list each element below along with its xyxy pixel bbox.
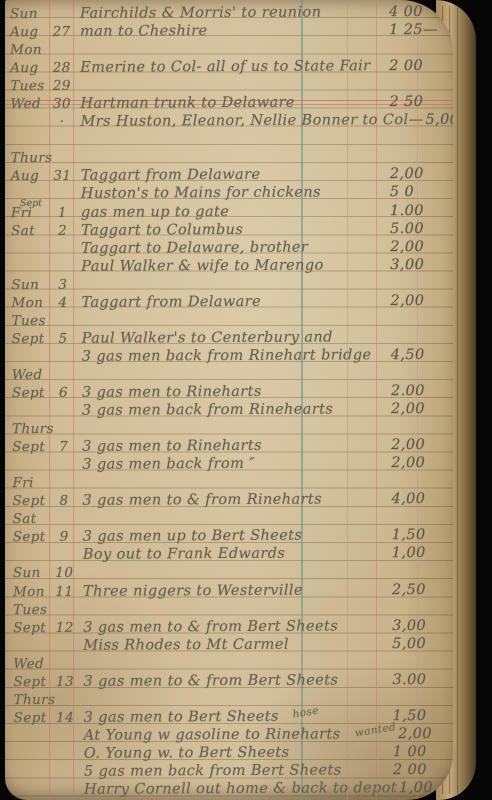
amount-value: 3,00 bbox=[388, 256, 452, 272]
ledger-row: 3 gas men back from Rinehart bridge4,50 bbox=[5, 347, 453, 367]
date-number: 31 bbox=[50, 168, 75, 184]
amount-value: 1 25— bbox=[387, 22, 451, 38]
ledger-row: Aug31Taggart from Delaware2,00 bbox=[5, 166, 452, 186]
ledger-row: Sept83 gas men to & from Rineharts4,00 bbox=[5, 491, 453, 511]
day-label: Sun bbox=[5, 277, 50, 293]
entry-description bbox=[76, 485, 389, 487]
day-label: Fri bbox=[5, 475, 51, 491]
day-label: Sat bbox=[6, 511, 52, 527]
entry-description bbox=[77, 521, 390, 523]
ledger-row: 5 gas men back from Bert Sheets2 00 bbox=[7, 762, 453, 782]
date-number: 6 bbox=[51, 385, 76, 401]
day-label: Sept bbox=[6, 674, 52, 690]
entry-description: Mrs Huston, Eleanor, Nellie Bonner to Co… bbox=[74, 112, 423, 130]
amount-value: 2 00 bbox=[391, 762, 453, 778]
day-label: Sept bbox=[6, 620, 52, 636]
ledger-row: At Young w gasoline to Rinehartswanted2,… bbox=[7, 726, 453, 746]
entry-description: 3 gas men to & from Rineharts bbox=[76, 491, 389, 509]
entry-description bbox=[75, 287, 388, 289]
entry-description bbox=[76, 431, 389, 433]
entry-description bbox=[78, 702, 391, 704]
amount-value: 1,50 bbox=[390, 527, 453, 543]
day-label: Sept bbox=[5, 439, 51, 455]
date-number: 4 bbox=[50, 295, 75, 311]
amount-value: 1,50 bbox=[391, 708, 453, 724]
entry-description: 3 gas men to Rineharts bbox=[76, 437, 389, 455]
ledger-row: Sept133 gas men to & from Bert Sheets3.0… bbox=[6, 672, 453, 692]
ledger-row: Mon bbox=[5, 40, 451, 60]
entry-description: Paul Walker's to Centerbury and bbox=[76, 329, 389, 347]
entry-description: Paul Walker & wife to Marengo bbox=[75, 257, 388, 275]
ledger-row: Tues29 bbox=[5, 76, 451, 96]
ledger-row: FriSept1gas men up to gate1.00 bbox=[5, 202, 452, 222]
date-number: · bbox=[49, 114, 74, 130]
ledger-row: SunFairchilds & Morris' to reunion4 00 bbox=[5, 4, 451, 24]
ledger-row: Sat bbox=[6, 509, 453, 529]
ledger-page: SunFairchilds & Morris' to reunion4 00Au… bbox=[5, 0, 453, 800]
ledger-row: Aug27man to Cheshire1 25— bbox=[5, 22, 451, 42]
day-label: Aug bbox=[5, 60, 49, 76]
amount-value: 1,00 bbox=[397, 780, 453, 796]
amount-value: 2,00 bbox=[389, 401, 453, 417]
ledger-row: Sept5Paul Walker's to Centerbury and bbox=[5, 329, 453, 349]
entry-description bbox=[77, 612, 390, 614]
amount-value: 3,00 bbox=[390, 617, 453, 633]
entry-description: Three niggers to Westerville bbox=[77, 582, 390, 600]
ledger-photo: SunFairchilds & Morris' to reunion4 00Au… bbox=[0, 0, 492, 800]
ledger-row: Harry Cornell out home & back to depot1,… bbox=[7, 780, 453, 800]
amount-value: 2,00 bbox=[396, 726, 453, 742]
ledger-row: 3 gas men back from ″2,00 bbox=[5, 455, 453, 475]
day-label: Tues bbox=[5, 78, 49, 94]
entry-description: 3 gas men to & from Bert Sheets bbox=[77, 618, 390, 636]
day-label: Mon bbox=[5, 295, 51, 311]
amount-value: 5,00 bbox=[423, 112, 453, 128]
date-number: 3 bbox=[50, 277, 75, 293]
entry-description: gas men up to gate bbox=[75, 203, 388, 221]
day-label: Wed bbox=[5, 96, 49, 112]
ledger-row: Taggart to Delaware, brother2,00 bbox=[5, 238, 452, 258]
entry-description: Boy out to Frank Edwards bbox=[77, 546, 390, 564]
entry-description: 3 gas men to Rineharts bbox=[76, 383, 389, 401]
amount-value: 5,00 bbox=[390, 635, 453, 651]
entry-description: 3 gas men to Bert Sheetshose bbox=[78, 708, 391, 726]
day-label: Sat bbox=[5, 222, 50, 238]
day-label: Sun bbox=[6, 565, 52, 581]
date-number: 2 bbox=[50, 222, 75, 238]
entry-description: 3 gas men to & from Bert Sheets bbox=[77, 672, 390, 690]
page-edge-line bbox=[457, 6, 458, 794]
amount-value: 2,00 bbox=[388, 166, 452, 182]
ledger-row: Sept93 gas men up to Bert Sheets1,50 bbox=[6, 527, 453, 547]
entry-description: Huston's to Mains for chickens bbox=[75, 185, 388, 203]
date-number: 5 bbox=[51, 331, 76, 347]
entry-description: 3 gas men back from Rinehearts bbox=[76, 401, 389, 419]
date-number: 27 bbox=[49, 24, 74, 40]
amount-value: 2.00 bbox=[389, 383, 453, 399]
ledger-row: Paul Walker & wife to Marengo3,00 bbox=[5, 256, 452, 276]
day-label: Sept bbox=[7, 710, 53, 726]
month-superscript: Sept bbox=[20, 197, 42, 208]
ledger-row: Fri bbox=[5, 473, 453, 493]
entry-description: Taggart to Delaware, brother bbox=[75, 239, 388, 257]
date-number: 8 bbox=[51, 493, 76, 509]
entry-description: Taggart from Delaware bbox=[75, 167, 388, 185]
entry-description: Emerine to Col- all of us to State Fair bbox=[74, 58, 387, 76]
ledger-row: Sept123 gas men to & from Bert Sheets3,0… bbox=[6, 617, 453, 637]
entry-description: 3 gas men back from ″ bbox=[76, 455, 389, 473]
day-label: Mon bbox=[5, 42, 49, 58]
amount-value: 1,00 bbox=[390, 545, 453, 561]
date-number: 1 bbox=[50, 204, 75, 220]
ledger-row: Wed bbox=[6, 654, 453, 674]
date-number: 13 bbox=[52, 674, 77, 690]
date-number: 7 bbox=[51, 439, 76, 455]
date-number: 28 bbox=[49, 60, 74, 76]
day-label: Thurs bbox=[7, 692, 53, 708]
day-label: Tues bbox=[6, 601, 52, 617]
ledger-row: Miss Rhodes to Mt Carmel5,00 bbox=[6, 635, 453, 655]
ledger-row: Huston's to Mains for chickens5 0 bbox=[5, 184, 452, 204]
day-label: Sept bbox=[5, 493, 51, 509]
entry-description bbox=[75, 161, 388, 163]
day-label: Tues bbox=[5, 313, 51, 329]
ledger-row: Sun3 bbox=[5, 275, 452, 295]
ledger-row: Tues bbox=[6, 599, 453, 619]
day-label: Wed bbox=[5, 367, 51, 383]
day-label: Sept bbox=[6, 529, 52, 545]
entry-description: 5 gas men back from Bert Sheets bbox=[78, 762, 391, 780]
ledger-row: Mon4Taggart from Delaware2,00 bbox=[5, 293, 453, 313]
entry-description: Fairchilds & Morris' to reunion bbox=[74, 4, 387, 22]
ledger-row: Sept63 gas men to Rineharts2.00 bbox=[5, 383, 453, 403]
day-label: Wed bbox=[6, 656, 52, 672]
date-number: 10 bbox=[52, 565, 77, 581]
amount-value: 3.00 bbox=[390, 672, 453, 688]
amount-value: 5.00 bbox=[388, 220, 452, 236]
day-label: Thurs bbox=[5, 150, 50, 166]
entry-description bbox=[76, 323, 389, 325]
entry-description bbox=[74, 88, 387, 90]
date-number: 12 bbox=[52, 619, 77, 635]
amount-value: 2,00 bbox=[389, 455, 453, 471]
amount-value: 2,50 bbox=[390, 581, 453, 597]
date-number: 9 bbox=[52, 529, 77, 545]
ledger-row: Mon11Three niggers to Westerville2,50 bbox=[6, 581, 453, 601]
amount-value: 4,00 bbox=[389, 491, 453, 507]
entry-description bbox=[77, 666, 390, 668]
amount-value: 2,00 bbox=[388, 238, 452, 254]
day-label: Mon bbox=[6, 583, 52, 599]
day-label: Aug bbox=[5, 24, 49, 40]
amount-value: 1.00 bbox=[388, 202, 452, 218]
ledger-row: ·Mrs Huston, Eleanor, Nellie Bonner to C… bbox=[5, 112, 452, 132]
date-number: 11 bbox=[52, 583, 77, 599]
ledger-row bbox=[5, 130, 452, 150]
entry-description: 3 gas men up to Bert Sheets bbox=[77, 528, 390, 546]
ledger-row: Thurs bbox=[5, 419, 453, 439]
ledger-row: Tues bbox=[5, 311, 453, 331]
amount-value: 5 0 bbox=[388, 184, 452, 200]
entry-description bbox=[76, 377, 389, 379]
ledger-row: 3 gas men back from Rinehearts2,00 bbox=[5, 401, 453, 421]
entry-description: Taggart from Delaware bbox=[75, 293, 388, 311]
entry-description: At Young w gasoline to Rinehartswanted bbox=[78, 726, 396, 744]
entry-description: O. Young w. to Bert Sheets bbox=[78, 744, 391, 762]
ledger-row: Sept73 gas men to Rineharts2,00 bbox=[5, 437, 453, 457]
amount-value: 2,00 bbox=[389, 437, 453, 453]
entry-description bbox=[74, 52, 387, 54]
amount-value: 2,00 bbox=[388, 293, 452, 309]
ledger-row: Sun10 bbox=[6, 563, 453, 583]
ledger-row: Aug28Emerine to Col- all of us to State … bbox=[5, 58, 451, 78]
entry-description: Hartman trunk to Delaware bbox=[74, 94, 387, 112]
day-label: FriSept bbox=[5, 204, 50, 220]
day-label: Sun bbox=[5, 6, 49, 22]
day-label: Thurs bbox=[5, 421, 51, 437]
day-label: Aug bbox=[5, 168, 50, 184]
ledger-row: O. Young w. to Bert Sheets1 00 bbox=[7, 744, 453, 764]
entry-description: man to Cheshire bbox=[74, 22, 387, 40]
entry-description bbox=[77, 576, 390, 578]
ledger-row: Thurs bbox=[7, 690, 453, 710]
amount-value: 4,50 bbox=[389, 347, 453, 363]
entry-description: 3 gas men back from Rinehart bridge bbox=[76, 347, 389, 365]
date-number: 29 bbox=[49, 78, 74, 94]
ledger-row: Wed bbox=[5, 365, 453, 385]
amount-value: 2 00 bbox=[387, 58, 451, 74]
date-number: 30 bbox=[49, 96, 74, 112]
date-number: 14 bbox=[53, 710, 78, 726]
ledger-rows: SunFairchilds & Morris' to reunion4 00Au… bbox=[5, 4, 453, 800]
ledger-row: Sat2Taggart to Columbus5.00 bbox=[5, 220, 452, 240]
day-label: Sept bbox=[5, 385, 51, 401]
amount-value: 2 50 bbox=[387, 94, 451, 110]
day-label: Sept bbox=[5, 331, 51, 347]
ledger-row: Boy out to Frank Edwards1,00 bbox=[6, 545, 453, 565]
amount-value: 1 00 bbox=[391, 744, 453, 760]
entry-description: Miss Rhodes to Mt Carmel bbox=[77, 636, 390, 654]
ledger-row: Thurs bbox=[5, 148, 452, 168]
amount-value: 4 00 bbox=[387, 4, 451, 20]
entry-description: Harry Cornell out home & back to depot bbox=[78, 780, 397, 798]
entry-description: Taggart to Columbus bbox=[75, 221, 388, 239]
